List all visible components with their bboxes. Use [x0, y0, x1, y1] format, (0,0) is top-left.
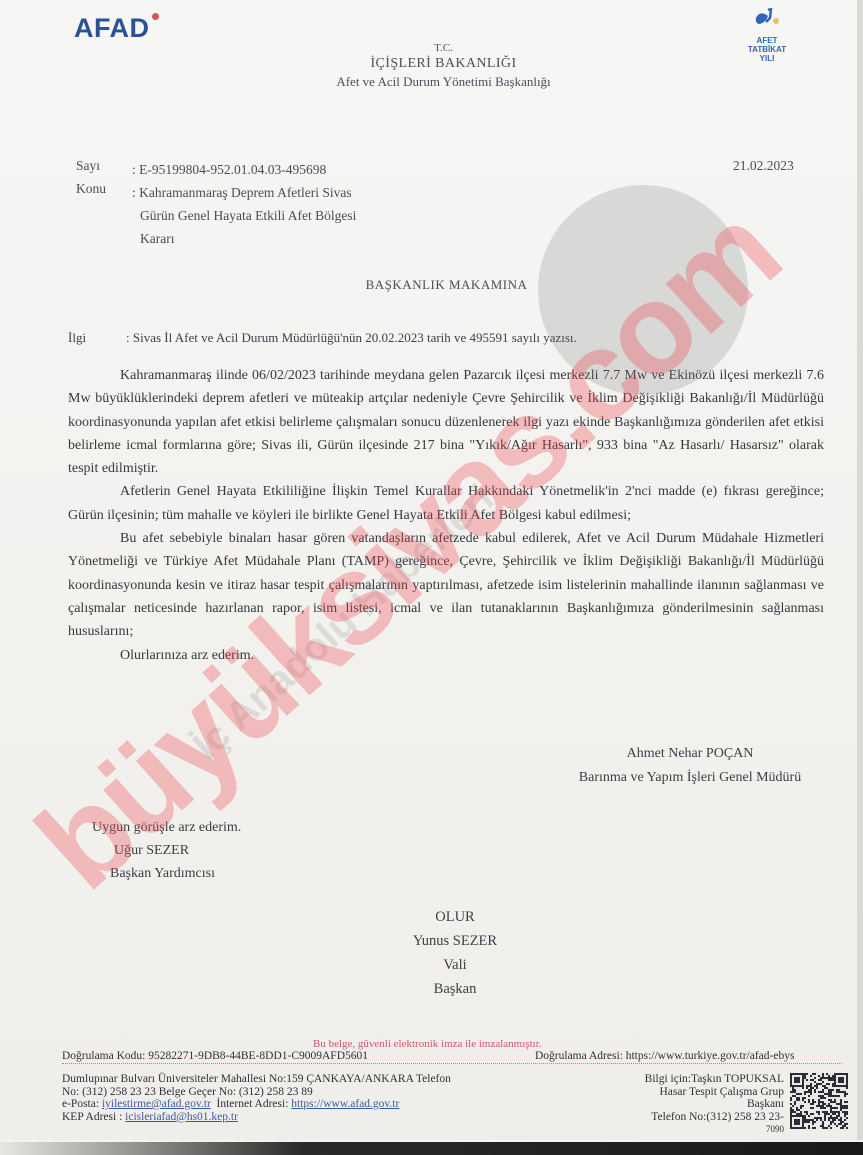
header-department: Afet ve Acil Durum Yönetimi Başkanlığı [12, 74, 863, 90]
konu-label: Konu [76, 181, 106, 197]
document-title: BAŞKANLIK MAKAMINA [0, 277, 863, 293]
approver-title: Başkan Yardımcısı [92, 862, 241, 885]
kep-link[interactable]: icisleriafad@hs01.kep.tr [125, 1111, 238, 1123]
header-ministry: İÇİŞLERİ BAKANLIĞI [12, 56, 863, 72]
document-date: 21.02.2023 [733, 158, 794, 174]
governor-title-2: Başkan [380, 977, 530, 1001]
kep-line: KEP Adresi : icisleriafad@hs01.kep.tr [62, 1111, 451, 1124]
info-line-3: Başkanı [612, 1098, 784, 1111]
body-closing: Olurlarınıza arz ederim. [68, 644, 824, 667]
body-paragraph-2: Afetlerin Genel Hayata Etkililiğine İliş… [68, 480, 824, 527]
governor-title-1: Vali [380, 953, 530, 977]
approval-decision: OLUR [380, 905, 530, 929]
kep-label: KEP Adresi : [62, 1111, 125, 1123]
konu-line-1: : Kahramanmaraş Deprem Afetleri Sivas [132, 181, 352, 204]
author-signature: Ahmet Nehar POÇAN Barınma ve Yapım İşler… [540, 742, 840, 790]
address-line-1: Dumlupınar Bulvarı Üniversiteler Mahalle… [62, 1073, 451, 1086]
contact-info: Bilgi için:Taşkın TOPUKSAL Hasar Tespit … [612, 1073, 784, 1136]
info-line-5: 7090 [612, 1123, 784, 1136]
sayi-value: : E-95199804-952.01.04.03-495698 [132, 158, 326, 181]
approver-name: Uğur SEZER [92, 839, 241, 862]
body-paragraph-3: Bu afet sebebiyle binaları hasar gören v… [68, 527, 824, 643]
email-link[interactable]: iyilestirme@afad.gov.tr [102, 1098, 211, 1110]
afad-logo-text: AFAD [74, 13, 150, 43]
konu-line-3: Kararı [140, 227, 174, 250]
contact-line: e-Posta: iyilestirme@afad.gov.tr İnterne… [62, 1098, 451, 1111]
verification-address[interactable]: Doğrulama Adresi: https://www.turkiye.go… [535, 1050, 794, 1062]
page-edge [857, 0, 863, 1140]
info-line-2: Hasar Tespit Çalışma Grup [612, 1086, 784, 1099]
registered-mark-icon [152, 13, 159, 20]
ilgi-row: İlgi: Sivas İl Afet ve Acil Durum Müdürl… [68, 330, 577, 346]
governor-name: Yunus SEZER [380, 929, 530, 953]
ilgi-label: İlgi [68, 330, 126, 346]
verification-code: Doğrulama Kodu: 95282271-9DB8-44BE-8DD1-… [62, 1050, 368, 1062]
body-paragraph-1: Kahramanmaraş ilinde 06/02/2023 tarihind… [68, 364, 824, 480]
final-approval: OLUR Yunus SEZER Vali Başkan [380, 905, 530, 1001]
footer-divider [62, 1063, 842, 1064]
qr-code-icon [790, 1073, 848, 1129]
address-line-2: No: (312) 258 23 23 Belge Geçer No: (312… [62, 1086, 451, 1099]
footer-address: Dumlupınar Bulvarı Üniversiteler Mahalle… [62, 1073, 451, 1123]
ilgi-text: : Sivas İl Afet ve Acil Durum Müdürlüğü'… [126, 330, 577, 345]
sayi-label: Sayı [76, 158, 100, 174]
afad-logo: AFAD [74, 13, 150, 44]
konu-line-2: Gürün Genel Hayata Etkili Afet Bölgesi [140, 204, 356, 227]
approver-signature: Uygun görüşle arz ederim. Uğur SEZER Baş… [92, 816, 241, 885]
tatbikat-yili-logo: AFET TATBİKAT YILI [732, 8, 802, 63]
web-label: İnternet Adresi: [217, 1098, 292, 1110]
info-line-4: Telefon No:(312) 258 23 23- [612, 1111, 784, 1124]
author-name: Ahmet Nehar POÇAN [540, 742, 840, 766]
approver-note: Uygun görüşle arz ederim. [92, 816, 241, 839]
page-bottom-shadow [0, 1142, 863, 1155]
document-body: Kahramanmaraş ilinde 06/02/2023 tarihind… [68, 364, 824, 667]
email-label: e-Posta: [62, 1098, 102, 1110]
info-line-1: Bilgi için:Taşkın TOPUKSAL [612, 1073, 784, 1086]
header-tc: T.C. [12, 42, 863, 54]
tatbikat-logo-icon [752, 8, 782, 34]
web-link[interactable]: https://www.afad.gov.tr [291, 1098, 399, 1110]
esign-notice: Bu belge, güvenli elektronik imza ile im… [313, 1038, 542, 1050]
author-title: Barınma ve Yapım İşleri Genel Müdürü [540, 766, 840, 790]
